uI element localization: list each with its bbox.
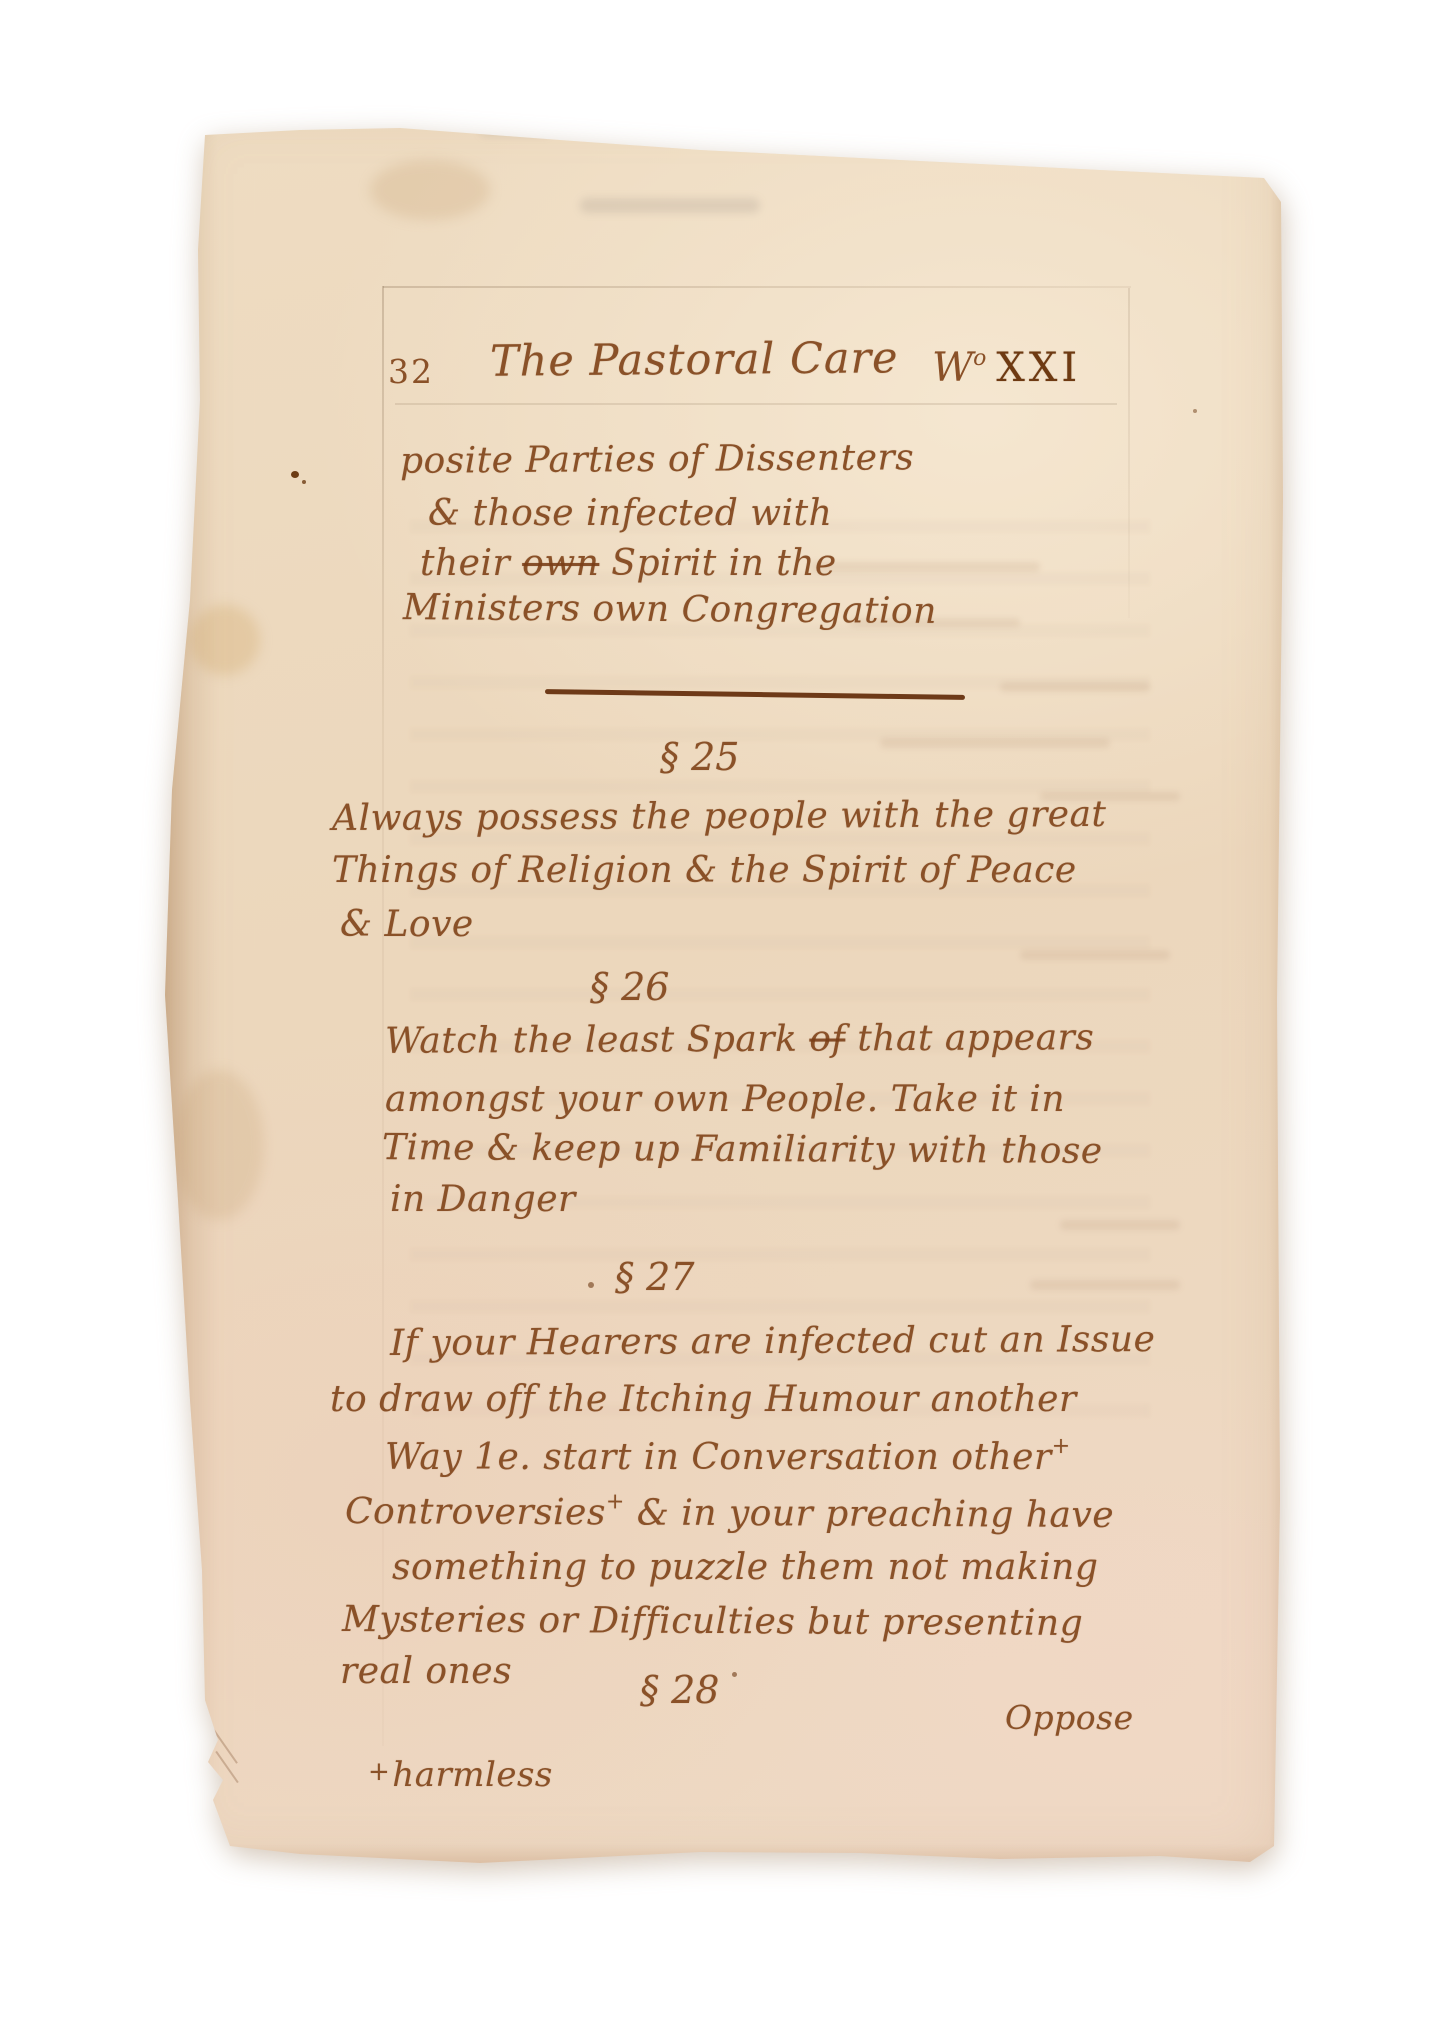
manuscript-line: If your Hearers are infected cut an Issu… — [390, 1318, 1156, 1365]
paper-top-edge — [160, 90, 1295, 118]
page-number: 32 — [388, 352, 434, 391]
section-heading: § 27 — [615, 1255, 694, 1299]
chapter-prefix: W — [932, 345, 973, 391]
manuscript-line: in Danger — [390, 1178, 576, 1221]
manuscript-line: Controversies+ & in your preaching have — [345, 1488, 1114, 1537]
manuscript-page: 32 The Pastoral Care WoXXI posite Partie… — [160, 90, 1295, 1880]
manuscript-line: something to puzzle them not making — [392, 1546, 1098, 1589]
manuscript-line: posite Parties of Dissenters — [400, 436, 914, 483]
manuscript-line: their own Spirit in the — [420, 542, 837, 585]
margin-note: Oppose — [1005, 1698, 1134, 1738]
manuscript-line: Mysteries or Difficulties but presenting — [342, 1598, 1083, 1645]
manuscript-line: Way 1e. start in Conversation other+ — [385, 1434, 1071, 1479]
manuscript-line: Always possess the people with the great — [332, 793, 1107, 840]
manuscript-line: amongst your own People. Take it in — [385, 1078, 1065, 1121]
manuscript-line: to draw off the Itching Humour another — [330, 1378, 1077, 1421]
manuscript-text: 32 The Pastoral Care WoXXI posite Partie… — [160, 90, 1295, 1880]
manuscript-line: Things of Religion & the Spirit of Peace — [332, 849, 1077, 892]
ink-dot — [588, 1282, 594, 1288]
section-heading: § 25 — [660, 735, 739, 779]
photo-background: 32 The Pastoral Care WoXXI posite Partie… — [0, 0, 1445, 2023]
footnote: +harmless — [368, 1755, 553, 1796]
footnote-mark: + — [368, 1757, 390, 1787]
manuscript-photo: 32 The Pastoral Care WoXXI posite Partie… — [0, 0, 1445, 2023]
chapter-numeral: XXI — [996, 345, 1081, 391]
struck-word: of — [809, 1018, 845, 1059]
manuscript-line: & Love — [340, 903, 474, 946]
manuscript-line: real ones — [340, 1650, 512, 1693]
struck-word: own — [522, 543, 599, 584]
section-divider-rule — [545, 689, 965, 700]
chapter-prefix-superscript: o — [973, 346, 986, 371]
manuscript-line: Watch the least Spark of that appears — [385, 1016, 1095, 1063]
ink-dot — [732, 1672, 737, 1677]
chapter-number: WoXXI — [932, 345, 1081, 391]
footnote-mark: + — [606, 1489, 625, 1514]
footnote-mark: + — [1052, 1434, 1071, 1459]
manuscript-line: & those infected with — [428, 492, 832, 535]
manuscript-line: Ministers own Congregation — [403, 586, 937, 633]
section-heading: § 28 — [640, 1668, 719, 1712]
running-title: The Pastoral Care — [490, 333, 899, 387]
gray-mark-top-edge — [480, 126, 550, 136]
section-heading: § 26 — [590, 965, 669, 1009]
manuscript-line: Time & keep up Familiarity with those — [382, 1126, 1103, 1173]
